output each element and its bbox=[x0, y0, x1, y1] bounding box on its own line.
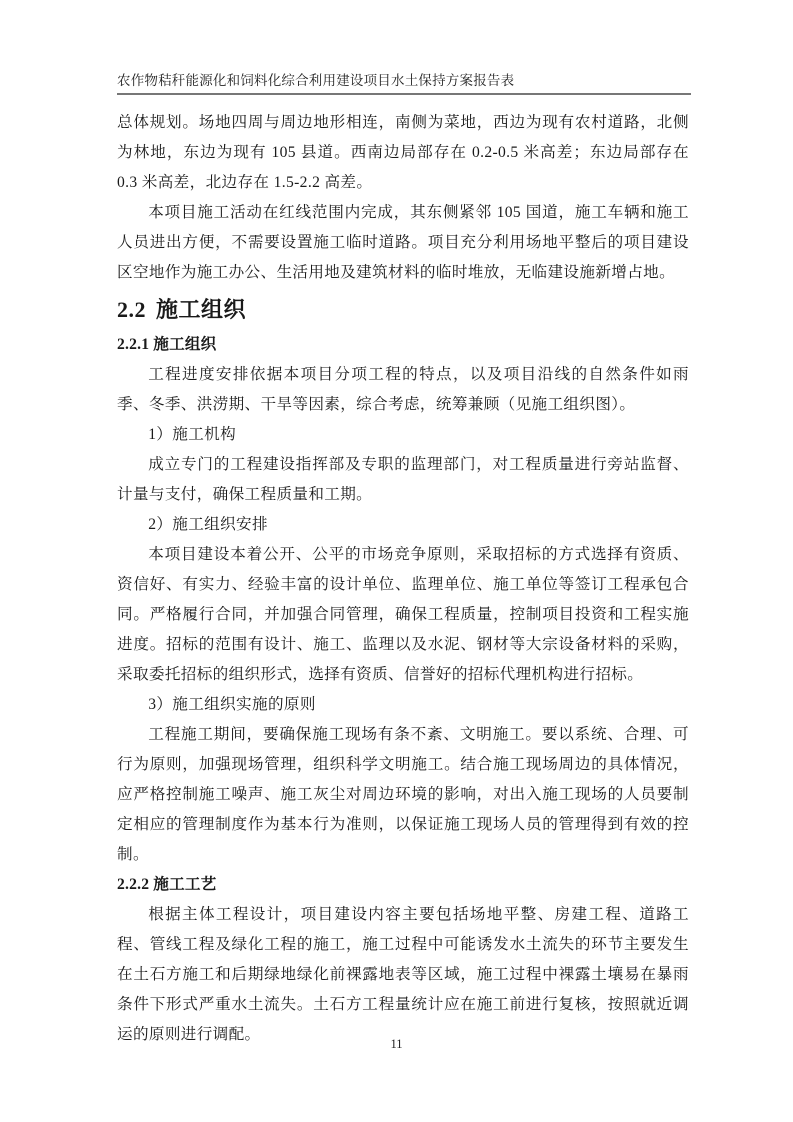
subsection-heading-2-2-1: 2.2.1 施工组织 bbox=[117, 330, 689, 360]
document-page: 农作物秸秆能源化和饲料化综合利用建设项目水土保持方案报告表 总体规划。场地四周与… bbox=[0, 0, 793, 1122]
item-title-implementation-principles: 3）施工组织实施的原则 bbox=[117, 690, 689, 720]
item-title-construction-agency: 1）施工机构 bbox=[117, 420, 689, 450]
paragraph-construction-access: 本项目施工活动在红线范围内完成，其东侧紧邻 105 国道，施工车辆和施工人员进出… bbox=[117, 198, 689, 288]
running-header: 农作物秸秆能源化和饲料化综合利用建设项目水土保持方案报告表 bbox=[117, 72, 691, 90]
paragraph-schedule-intro: 工程进度安排依据本项目分项工程的特点，以及项目沿线的自然条件如雨季、冬季、洪涝期… bbox=[117, 360, 689, 420]
paragraph-implementation-principles: 工程施工期间，要确保施工现场有条不紊、文明施工。要以系统、合理、可行为原则，加强… bbox=[117, 720, 689, 870]
page-number: 11 bbox=[0, 1037, 793, 1052]
section-heading-2-2: 2.2施工组织 bbox=[117, 290, 689, 330]
page-content: 总体规划。场地四周与周边地形相连，南侧为菜地，西边为现有农村道路，北侧为林地，东… bbox=[117, 108, 689, 1050]
section-title: 施工组织 bbox=[156, 297, 246, 322]
paragraph-construction-process: 根据主体工程设计，项目建设内容主要包括场地平整、房建工程、道路工程、管线工程及绿… bbox=[117, 900, 689, 1050]
section-number: 2.2 bbox=[117, 297, 146, 322]
item-title-organization-arrangement: 2）施工组织安排 bbox=[117, 510, 689, 540]
subsection-heading-2-2-2: 2.2.2 施工工艺 bbox=[117, 870, 689, 900]
paragraph-site-layout: 总体规划。场地四周与周边地形相连，南侧为菜地，西边为现有农村道路，北侧为林地，东… bbox=[117, 108, 689, 198]
paragraph-construction-agency: 成立专门的工程建设指挥部及专职的监理部门，对工程质量进行旁站监督、计量与支付，确… bbox=[117, 450, 689, 510]
header-rule bbox=[117, 93, 691, 95]
paragraph-organization-arrangement: 本项目建设本着公开、公平的市场竞争原则，采取招标的方式选择有资质、资信好、有实力… bbox=[117, 540, 689, 690]
